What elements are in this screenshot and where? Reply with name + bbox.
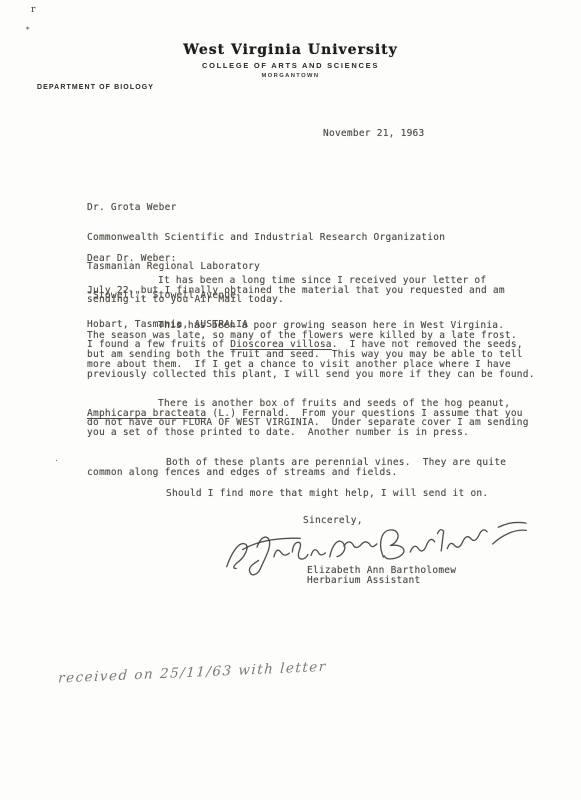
salutation: Dear Dr. Weber: bbox=[87, 254, 177, 264]
paragraph-3: There is another box of fruits and seeds… bbox=[87, 399, 547, 438]
recipient-organization: Commonwealth Scientific and Industrial R… bbox=[87, 233, 445, 243]
paragraph-2: This has been a poor growing season here… bbox=[87, 321, 547, 379]
letter-date: November 21, 1963 bbox=[323, 129, 424, 139]
letterhead-university-name: West Virginia University bbox=[0, 42, 581, 58]
text-segment: you a set of those printed to date. Anot… bbox=[87, 427, 469, 438]
handwritten-annotation: received on 25/11/63 with letter bbox=[58, 657, 359, 686]
paragraph-4: Both of these plants are perennial vines… bbox=[87, 458, 547, 477]
letter-line: Should I find more that might help, I wi… bbox=[87, 489, 547, 499]
letter-page: r * . . West Virginia University COLLEGE… bbox=[0, 0, 581, 800]
letterhead-college-line: COLLEGE OF ARTS AND SCIENCES bbox=[0, 61, 581, 70]
letter-line: sending it to you Air Mail today. bbox=[87, 295, 547, 305]
ink-mark: . bbox=[55, 454, 58, 464]
paragraph-1: It has been a long time since I received… bbox=[87, 276, 547, 305]
text-segment: sending it to you Air Mail today. bbox=[87, 294, 284, 305]
recipient-name: Dr. Grota Weber bbox=[87, 203, 445, 213]
signer-title: Herbarium Assistant bbox=[307, 576, 420, 586]
ink-mark: r bbox=[31, 5, 35, 15]
letterhead-department: DEPARTMENT OF BIOLOGY bbox=[37, 84, 154, 91]
paragraph-5: Should I find more that might help, I wi… bbox=[87, 489, 547, 499]
letterhead-city: MORGANTOWN bbox=[0, 73, 581, 79]
letter-line: you a set of those printed to date. Anot… bbox=[87, 428, 547, 438]
text-segment: previously collected this plant, I will … bbox=[87, 369, 535, 380]
ink-mark: * bbox=[26, 26, 30, 34]
text-segment: Should I find more that might help, I wi… bbox=[166, 488, 488, 499]
letter-line: common along fences and edges of streams… bbox=[87, 468, 547, 478]
letter-line: previously collected this plant, I will … bbox=[87, 370, 547, 380]
text-segment: common along fences and edges of streams… bbox=[87, 467, 397, 478]
